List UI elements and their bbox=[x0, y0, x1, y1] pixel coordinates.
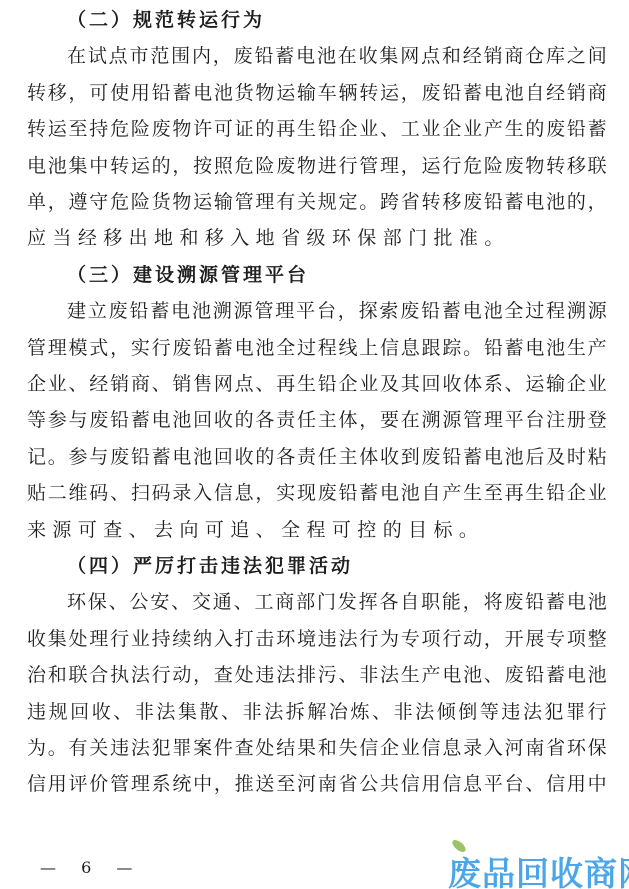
paragraph-line: 在试点市范围内，废铅蓄电池在收集网点和经销商仓库之间 bbox=[67, 44, 607, 68]
page-number: — 6 — bbox=[40, 858, 142, 877]
paragraph-line: 应当经移出地和移入地省级环保部门批准。 bbox=[27, 226, 607, 250]
paragraph-line: 管理模式，实行废铅蓄电池全过程线上信息跟踪。铅蓄电池生产 bbox=[27, 336, 607, 360]
paragraph-line: 信用评价管理系统中，推送至河南省公共信用信息平台、信用中 bbox=[27, 772, 607, 796]
paragraph-line: 治和联合执法行动，查处违法排污、非法生产电池、废铅蓄电池 bbox=[27, 663, 607, 687]
paragraph-line: 违规回收、非法集散、非法拆解冶炼、非法倾倒等违法犯罪行 bbox=[27, 700, 607, 724]
paragraph-line: 单，遵守危险货物运输管理有关规定。跨省转移废铅蓄电池的， bbox=[27, 190, 607, 214]
paragraph-line: 企业、经销商、销售网点、再生铅企业及其回收体系、运输企业 bbox=[27, 372, 607, 396]
paragraph-line: 来源可查、去向可追、全程可控的目标。 bbox=[27, 518, 607, 542]
paragraph-line: 等参与废铅蓄电池回收的各责任主体，要在溯源管理平台注册登 bbox=[27, 408, 607, 432]
paragraph-line: 建立废铅蓄电池溯源管理平台，探索废铅蓄电池全过程溯源 bbox=[67, 299, 607, 323]
paragraph-line: 转移，可使用铅蓄电池货物运输车辆转运，废铅蓄电池自经销商 bbox=[27, 81, 607, 105]
section-heading: （四）严厉打击违法犯罪活动 bbox=[67, 554, 353, 578]
paragraph-line: 收集处理行业持续纳入打击环境违法行为专项行动，开展专项整 bbox=[27, 627, 607, 651]
paragraph-line: 电池集中转运的，按照危险废物进行管理，运行危险废物转移联 bbox=[27, 154, 607, 178]
section-heading: （二）规范转运行为 bbox=[67, 8, 265, 32]
paragraph-line: 贴二维码、扫码录入信息，实现废铅蓄电池自产生至再生铅企业 bbox=[27, 481, 607, 505]
paragraph-line: 转运至持危险废物许可证的再生铅企业、工业企业产生的废铅蓄 bbox=[27, 117, 607, 141]
section-heading: （三）建设溯源管理平台 bbox=[67, 263, 309, 287]
paragraph-line: 记。参与废铅蓄电池回收的各责任主体收到废铅蓄电池后及时粘 bbox=[27, 445, 607, 469]
watermark-text: 废品回收商网 bbox=[448, 854, 629, 889]
watermark-logo: 废品回收商网↗ bbox=[448, 848, 629, 889]
paragraph-line: 为。有关违法犯罪案件查处结果和失信企业信息录入河南省环保 bbox=[27, 736, 607, 760]
paragraph-line: 环保、公安、交通、工商部门发挥各自职能，将废铅蓄电池 bbox=[67, 590, 607, 614]
